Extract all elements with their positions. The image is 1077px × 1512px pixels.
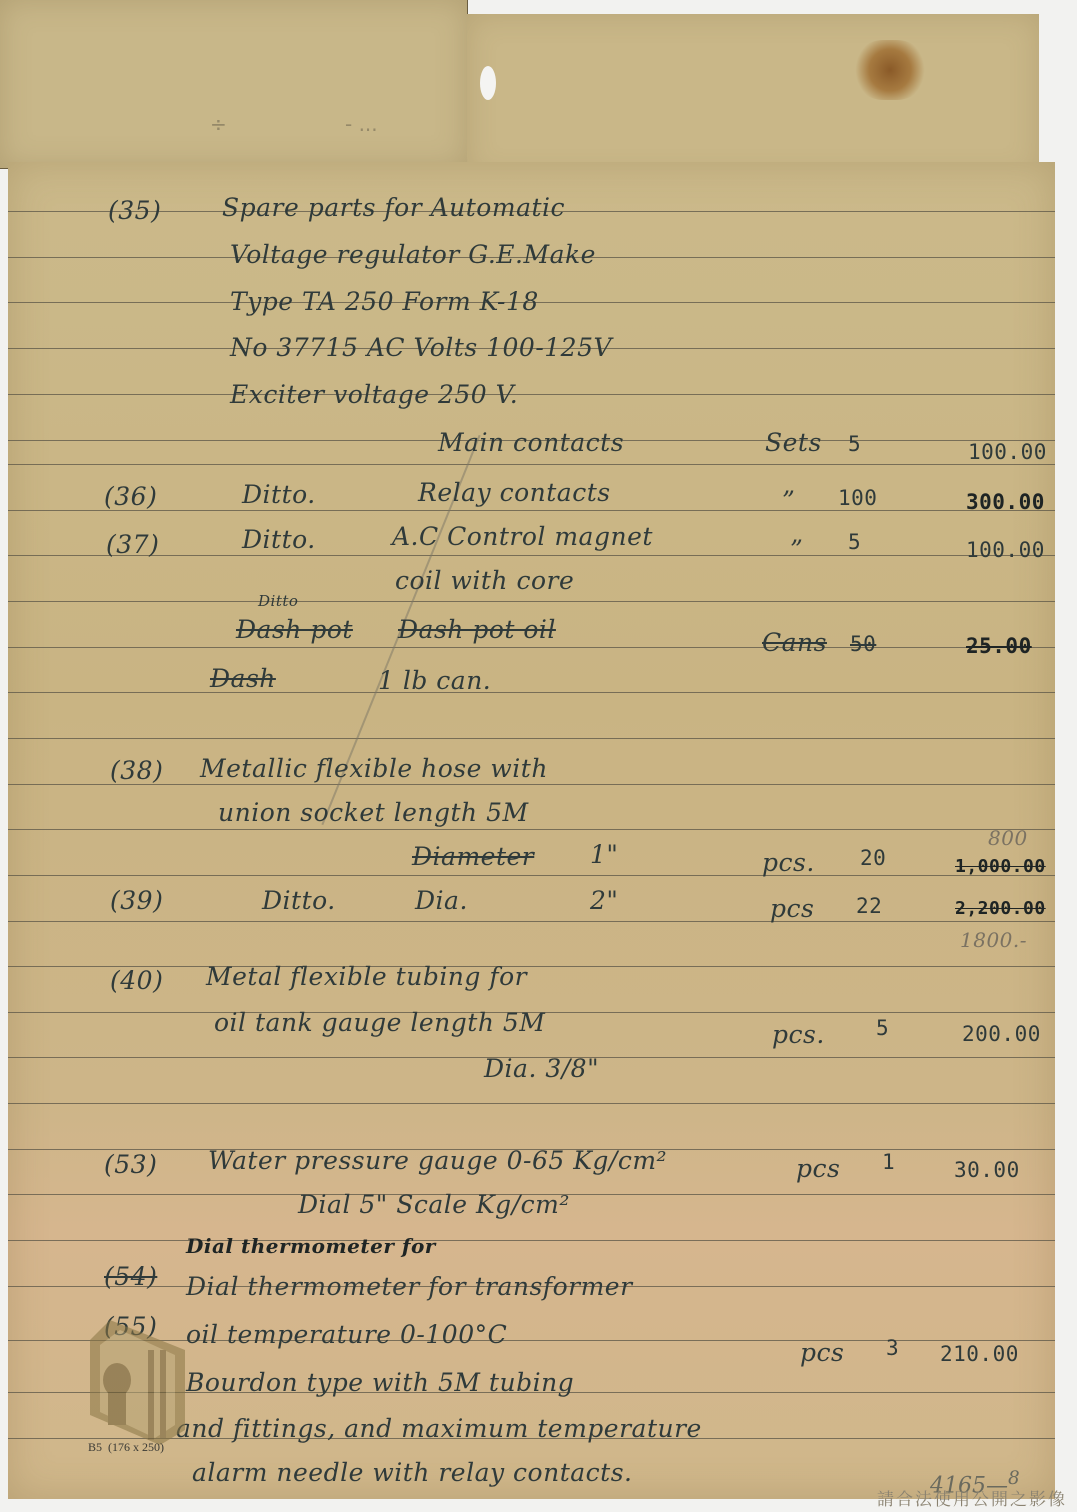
item-amount-struck: 2,200.00 xyxy=(955,898,1046,919)
item-prefix-struck-2: Dash xyxy=(210,664,276,693)
paper-size: B5 xyxy=(88,1440,102,1454)
item-qty-struck: 50 xyxy=(850,632,876,656)
item-line: No 37715 AC Volts 100-125V xyxy=(230,333,612,362)
item-desc-struck: Diameter xyxy=(412,842,534,871)
item-line: and fittings, and maximum temperature xyxy=(176,1414,702,1443)
item-line: Water pressure gauge 0-65 Kg/cm² xyxy=(208,1146,667,1175)
item-line: Voltage regulator G.E.Make xyxy=(230,240,596,269)
item-qty: 3 xyxy=(886,1336,899,1360)
paper-dimensions: (176 x 250) xyxy=(108,1440,164,1454)
item-description-2: 1 lb can. xyxy=(378,666,491,695)
item-amount: 30.00 xyxy=(954,1158,1020,1182)
paper-size-label: B5 (176 x 250) xyxy=(88,1440,164,1455)
item-amount: 100.00 xyxy=(966,538,1045,562)
faint-mark-left: ÷ xyxy=(210,112,227,136)
item-number: (40) xyxy=(110,966,163,995)
item-size: Dia. 3/8" xyxy=(484,1054,599,1083)
item-description-2: coil with core xyxy=(395,566,574,595)
item-amount: 210.00 xyxy=(940,1342,1019,1366)
item-qty: 20 xyxy=(860,846,886,870)
item-amount-struck: 1,000.00 xyxy=(955,856,1046,877)
item-line: oil temperature 0-100°C xyxy=(186,1320,507,1349)
item-number-struck: (54) xyxy=(104,1262,157,1291)
item-description: Main contacts xyxy=(438,428,624,457)
item-amount: 300.00 xyxy=(966,490,1045,514)
item-number: (35) xyxy=(108,196,161,225)
item-line: union socket length 5M xyxy=(218,798,529,827)
item-qty: 22 xyxy=(856,894,882,918)
item-number: (38) xyxy=(110,756,163,785)
stationery-logo-icon xyxy=(90,1320,185,1445)
item-qty: 100 xyxy=(838,486,877,510)
item-unit: pcs xyxy=(770,894,814,923)
item-line: Dial thermometer for transformer xyxy=(186,1272,633,1301)
item-number: (39) xyxy=(110,886,163,915)
item-prefix-insert: Ditto xyxy=(258,592,298,610)
item-line: Type TA 250 Form K-18 xyxy=(230,287,539,316)
item-unit: pcs xyxy=(800,1338,844,1367)
item-number: (36) xyxy=(104,482,157,511)
item-description: Relay contacts xyxy=(418,478,611,507)
item-unit: ” xyxy=(782,486,795,515)
item-size: 2" xyxy=(590,886,618,915)
item-amount-revised: 1800.- xyxy=(960,928,1027,952)
item-amount-revised: 800 xyxy=(988,826,1028,850)
item-line: Bourdon type with 5M tubing xyxy=(186,1368,574,1397)
item-qty: 5 xyxy=(848,530,861,554)
item-description: A.C Control magnet xyxy=(392,522,653,551)
item-amount: 200.00 xyxy=(962,1022,1041,1046)
item-line: Spare parts for Automatic xyxy=(222,193,565,222)
item-number: (37) xyxy=(106,530,159,559)
item-qty: 5 xyxy=(876,1016,889,1040)
item-amount: 100.00 xyxy=(968,440,1047,464)
item-line: Metallic flexible hose with xyxy=(200,754,548,783)
punch-hole xyxy=(480,66,496,100)
item-prefix: Ditto. xyxy=(262,886,336,915)
item-qty: 1 xyxy=(882,1150,895,1174)
item-unit: pcs. xyxy=(772,1020,825,1049)
item-line: Exciter voltage 250 V. xyxy=(230,380,518,409)
item-description: Dia. xyxy=(415,886,468,915)
item-qty: 5 xyxy=(848,432,861,456)
item-number: (53) xyxy=(104,1150,157,1179)
attached-paper-strip-left xyxy=(0,0,468,169)
item-prefix: Ditto. xyxy=(242,525,316,554)
glue-stain xyxy=(855,40,925,100)
item-unit: Sets xyxy=(765,428,822,457)
faint-mark-right: - ... xyxy=(345,112,378,136)
watermark: 請合法使用公開之影像 xyxy=(877,1485,1067,1510)
item-size: 1" xyxy=(590,840,618,869)
item-prefix: Ditto. xyxy=(242,480,316,509)
item-unit: pcs xyxy=(796,1154,840,1183)
item-description-struck: Dash pot oil xyxy=(398,615,556,644)
item-unit: ” xyxy=(790,535,803,564)
attached-paper-strip-right xyxy=(467,14,1039,179)
item-unit: pcs. xyxy=(762,848,815,877)
item-unit-struck: Cans xyxy=(762,628,827,657)
item-amount-struck: 25.00 xyxy=(966,634,1032,658)
item-line: Metal flexible tubing for xyxy=(206,962,527,991)
item-line: oil tank gauge length 5M xyxy=(214,1008,545,1037)
item-insert-line: Dial thermometer for xyxy=(186,1234,436,1258)
item-prefix-struck: Dash pot xyxy=(236,615,353,644)
item-line: Dial 5" Scale Kg/cm² xyxy=(298,1190,570,1219)
item-line: alarm needle with relay contacts. xyxy=(192,1458,632,1487)
